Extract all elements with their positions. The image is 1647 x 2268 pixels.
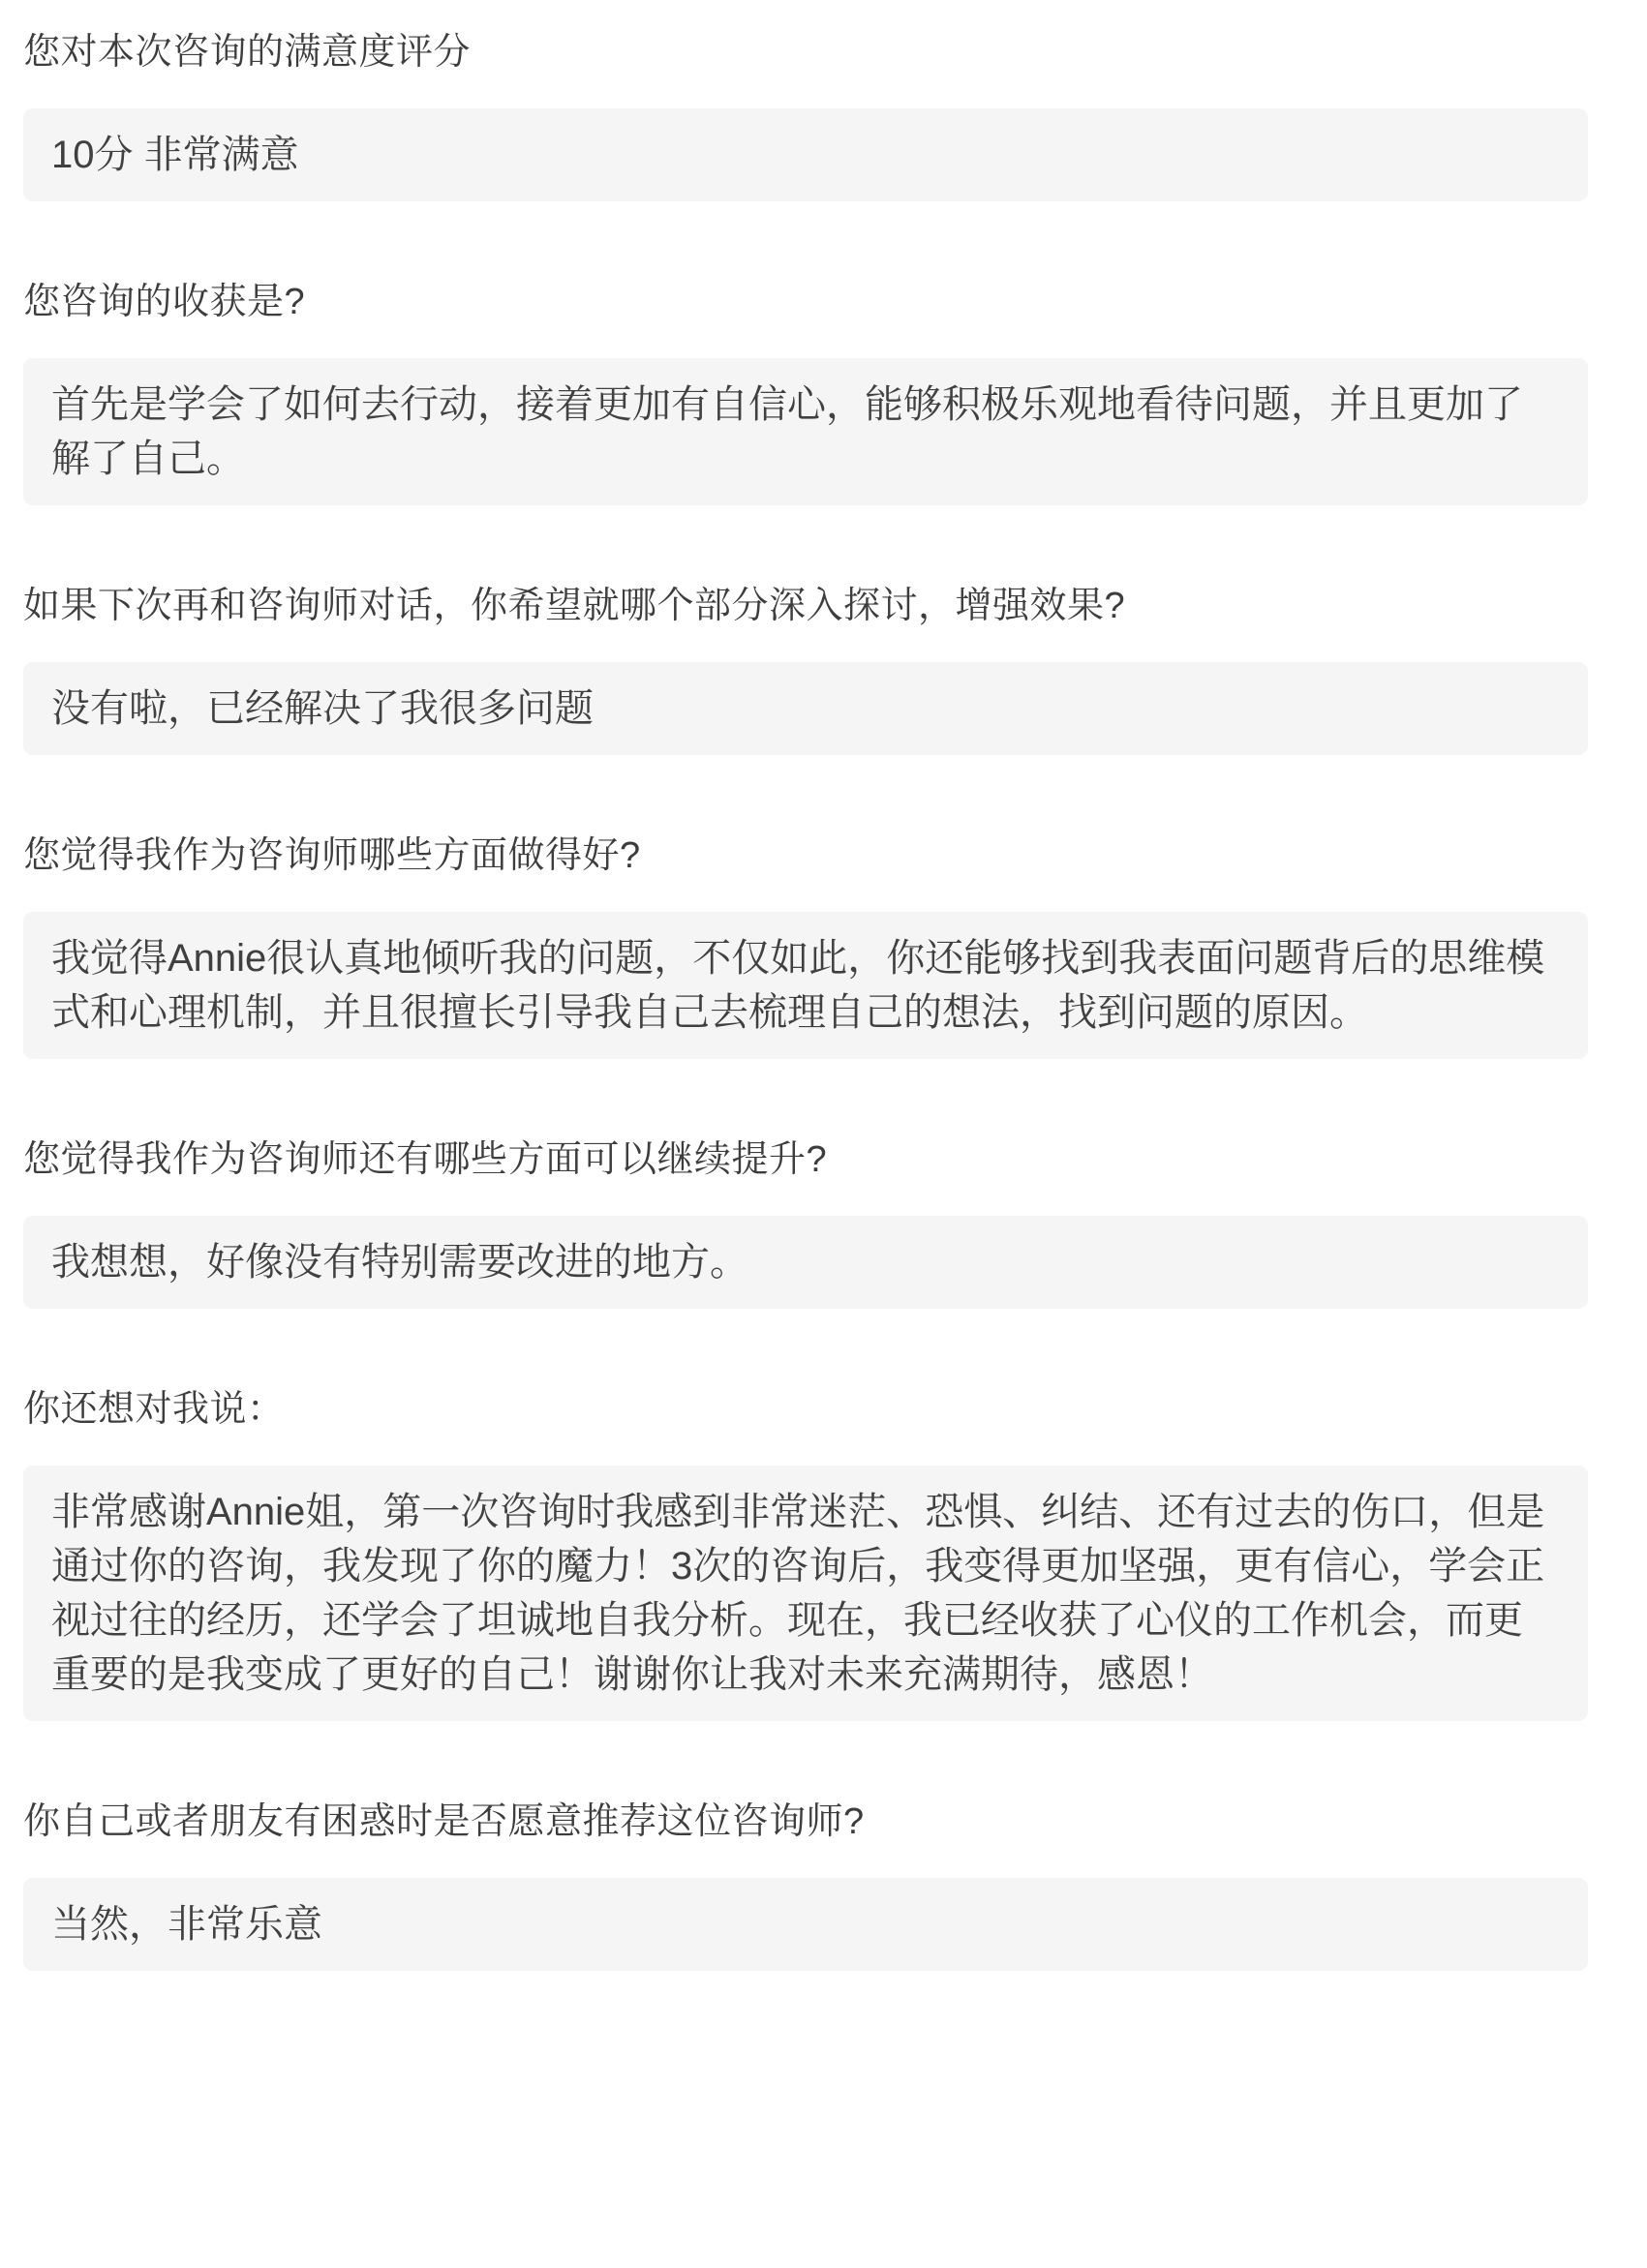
answer-box: 我觉得Annie很认真地倾听我的问题，不仅如此，你还能够找到我表面问题背后的思维… — [23, 912, 1588, 1059]
qa-section: 如果下次再和咨询师对话，你希望就哪个部分深入探讨，增强效果? 没有啦，已经解决了… — [23, 583, 1588, 755]
answer-box: 首先是学会了如何去行动，接着更加有自信心，能够积极乐观地看待问题，并且更加了解了… — [23, 358, 1588, 505]
question-label: 你还想对我说： — [23, 1386, 1588, 1433]
question-label: 您咨询的收获是? — [23, 279, 1588, 325]
answer-text: 没有啦，已经解决了我很多问题 — [51, 681, 1549, 736]
qa-section: 您咨询的收获是? 首先是学会了如何去行动，接着更加有自信心，能够积极乐观地看待问… — [23, 279, 1588, 505]
answer-box: 非常感谢Annie姐，第一次咨询时我感到非常迷茫、恐惧、纠结、还有过去的伤口，但… — [23, 1466, 1588, 1721]
question-label: 您觉得我作为咨询师还有哪些方面可以继续提升? — [23, 1136, 1588, 1183]
question-label: 您觉得我作为咨询师哪些方面做得好? — [23, 832, 1588, 879]
answer-text: 当然，非常乐意 — [51, 1897, 1549, 1951]
answer-box: 我想想，好像没有特别需要改进的地方。 — [23, 1216, 1588, 1309]
qa-section: 你还想对我说： 非常感谢Annie姐，第一次咨询时我感到非常迷茫、恐惧、纠结、还… — [23, 1386, 1588, 1721]
answer-text: 10分 非常满意 — [51, 128, 1549, 182]
answer-box: 当然，非常乐意 — [23, 1878, 1588, 1971]
question-label: 如果下次再和咨询师对话，你希望就哪个部分深入探讨，增强效果? — [23, 583, 1588, 629]
qa-section: 您觉得我作为咨询师哪些方面做得好? 我觉得Annie很认真地倾听我的问题，不仅如… — [23, 832, 1588, 1059]
qa-section: 您对本次咨询的满意度评分 10分 非常满意 — [23, 29, 1588, 201]
answer-text: 首先是学会了如何去行动，接着更加有自信心，能够积极乐观地看待问题，并且更加了解了… — [51, 378, 1549, 486]
qa-section: 你自己或者朋友有困惑时是否愿意推荐这位咨询师? 当然，非常乐意 — [23, 1799, 1588, 1971]
qa-section: 您觉得我作为咨询师还有哪些方面可以继续提升? 我想想，好像没有特别需要改进的地方… — [23, 1136, 1588, 1309]
feedback-form: 您对本次咨询的满意度评分 10分 非常满意 您咨询的收获是? 首先是学会了如何去… — [0, 0, 1647, 1971]
answer-text: 我觉得Annie很认真地倾听我的问题，不仅如此，你还能够找到我表面问题背后的思维… — [51, 931, 1549, 1040]
question-label: 你自己或者朋友有困惑时是否愿意推荐这位咨询师? — [23, 1799, 1588, 1845]
answer-box: 10分 非常满意 — [23, 108, 1588, 201]
answer-text: 我想想，好像没有特别需要改进的地方。 — [51, 1235, 1549, 1289]
answer-box: 没有啦，已经解决了我很多问题 — [23, 662, 1588, 755]
question-label: 您对本次咨询的满意度评分 — [23, 29, 1588, 76]
answer-text: 非常感谢Annie姐，第一次咨询时我感到非常迷茫、恐惧、纠结、还有过去的伤口，但… — [51, 1485, 1549, 1702]
